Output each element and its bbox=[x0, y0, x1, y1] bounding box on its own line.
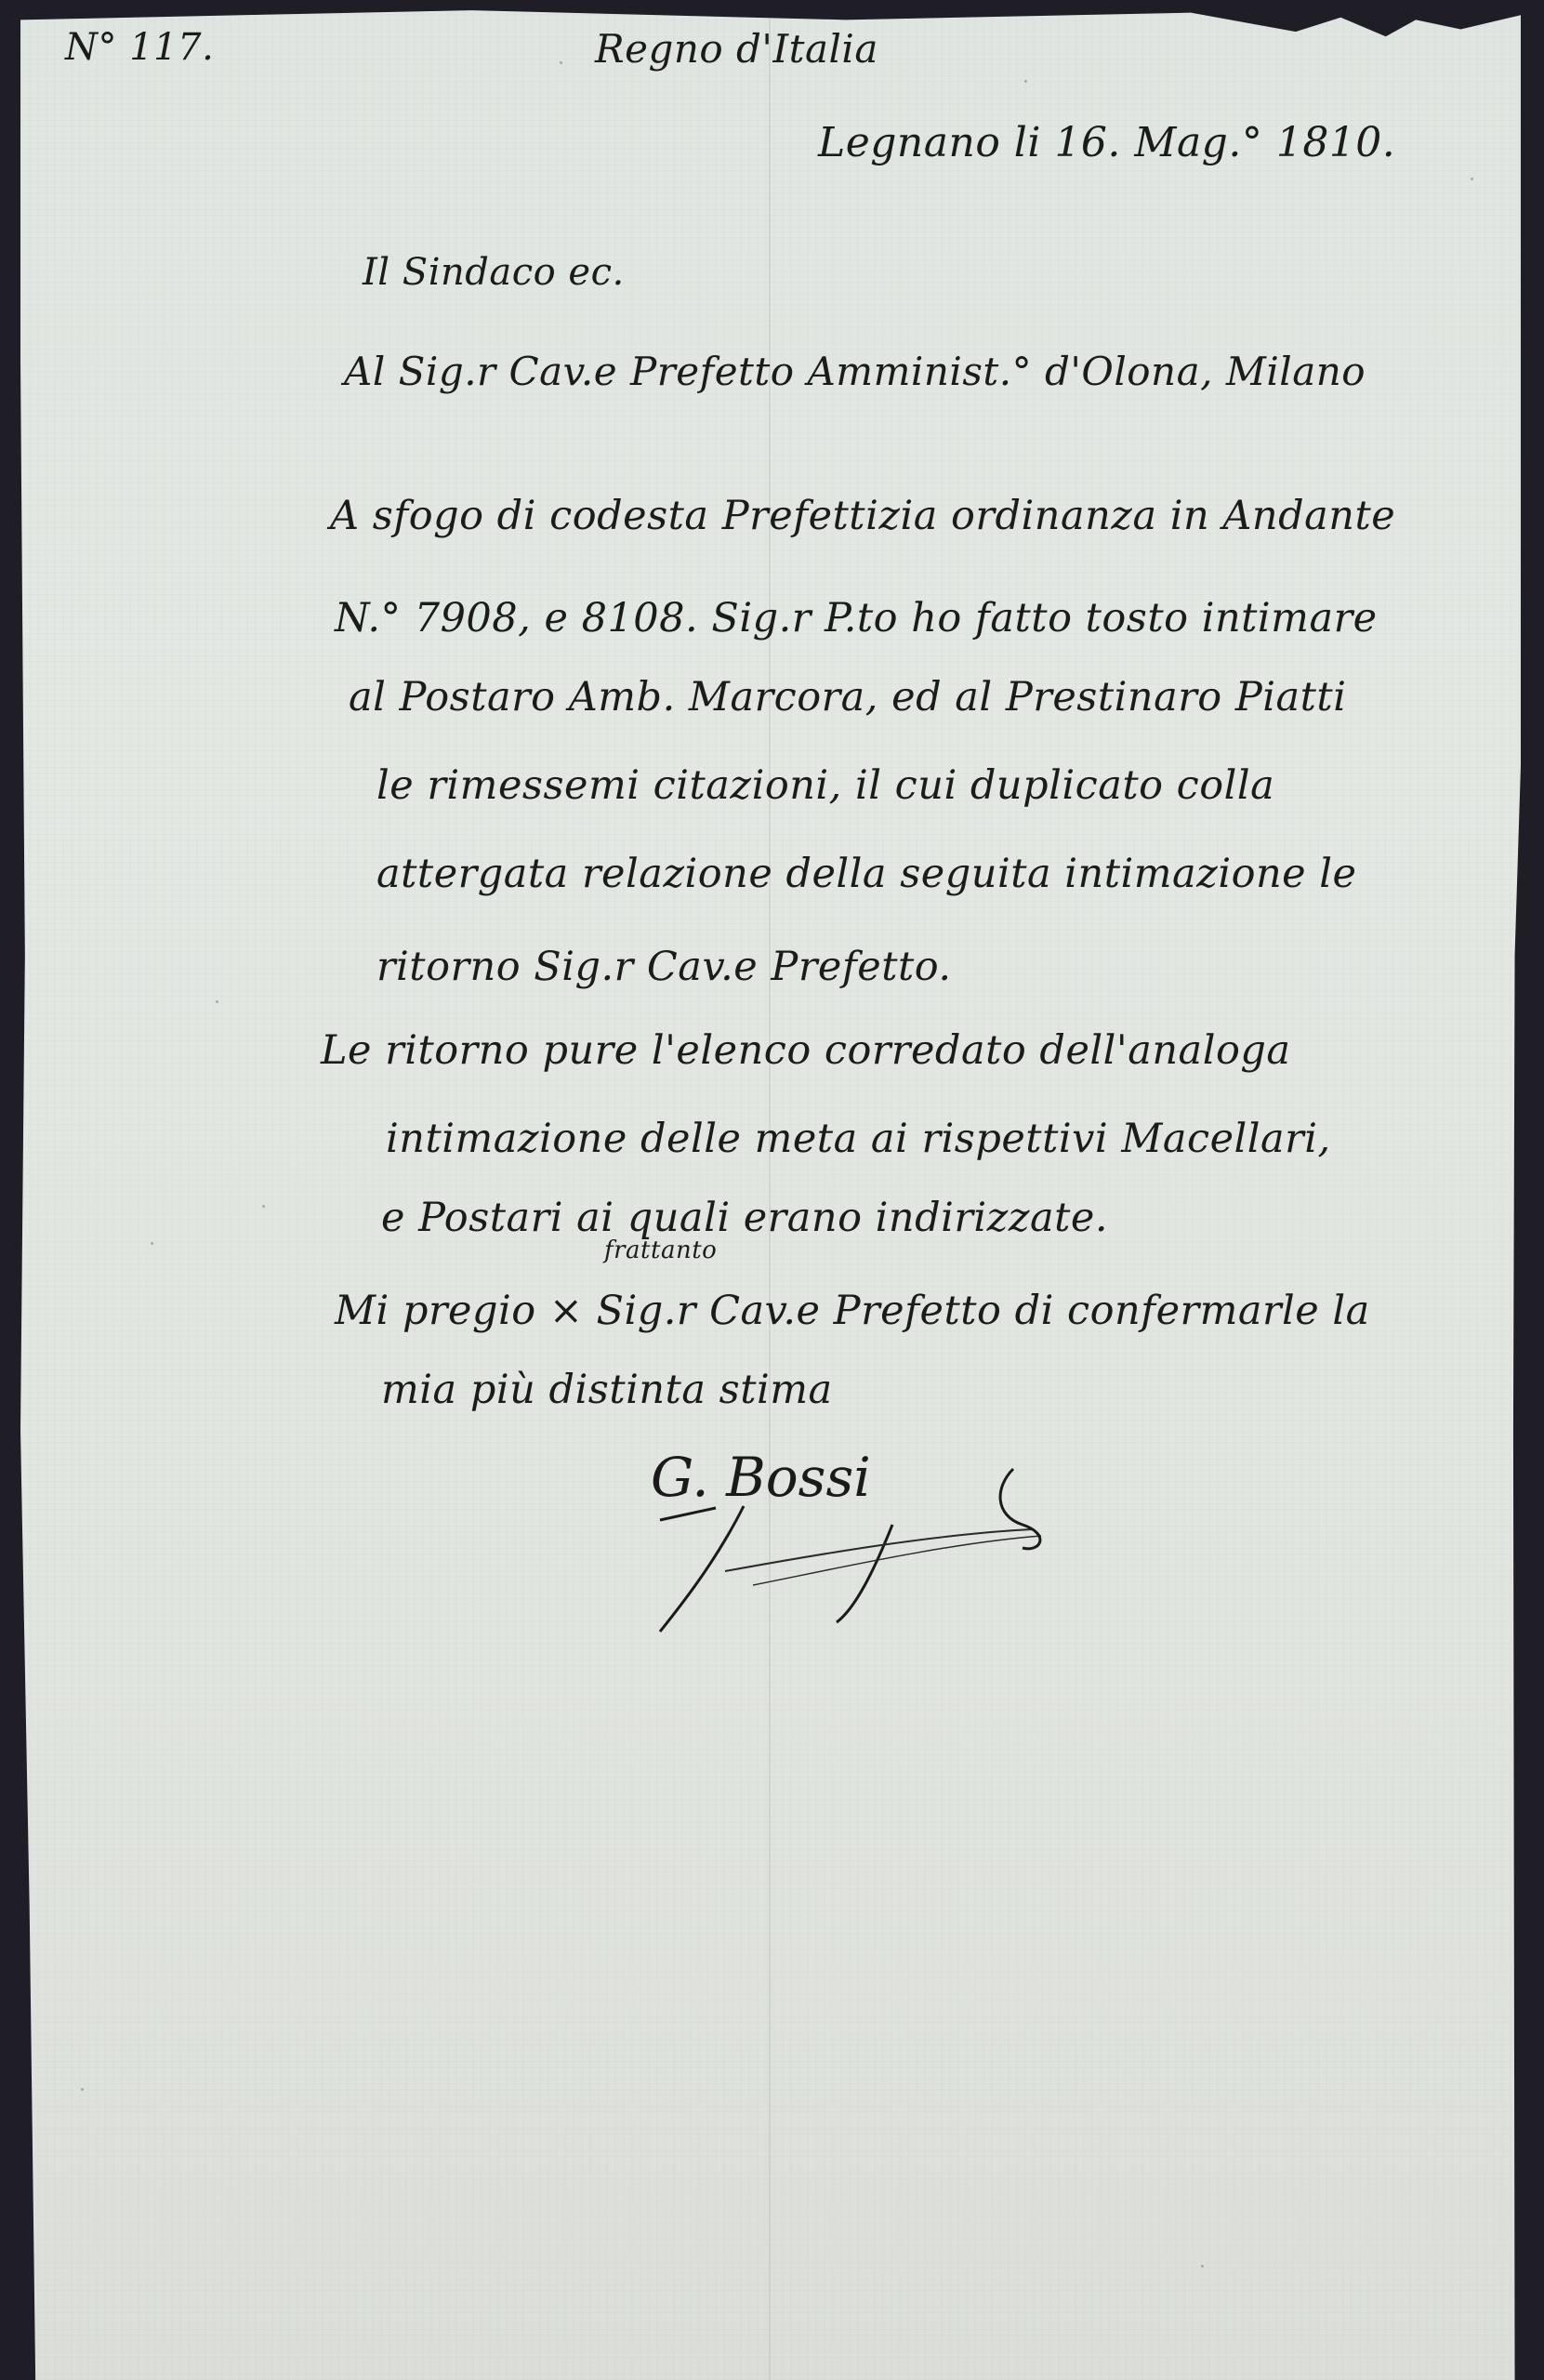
body-line: A sfogo di codesta Prefettizia ordinanza… bbox=[330, 493, 1395, 539]
paper-speck bbox=[81, 2088, 84, 2091]
paper-speck bbox=[216, 1000, 218, 1003]
recipient-line: Al Sig.r Cav.e Prefetto Amminist.° d'Olo… bbox=[344, 349, 1366, 394]
sender-line: Il Sindaco ec. bbox=[363, 251, 625, 294]
paper-speck bbox=[262, 1205, 265, 1208]
paper-speck bbox=[1471, 178, 1473, 180]
body-line: N.° 7908, e 8108. Sig.r P.to ho fatto to… bbox=[335, 595, 1378, 641]
body-line: mia più distinta stima bbox=[381, 1367, 833, 1413]
body-line: al Postaro Amb. Marcora, ed al Prestinar… bbox=[349, 674, 1346, 721]
paper-speck bbox=[151, 1242, 153, 1245]
body-line: ritorno Sig.r Cav.e Prefetto. bbox=[376, 944, 952, 990]
paper-speck bbox=[1024, 80, 1027, 83]
body-line: Le ritorno pure l'elenco corredato dell'… bbox=[321, 1027, 1291, 1074]
interlinear-insertion: frattanto bbox=[604, 1236, 717, 1264]
paper-speck bbox=[560, 61, 562, 64]
signature-flourish-icon bbox=[641, 1450, 1069, 1636]
body-line: Mi pregio × Sig.r Cav.e Prefetto di conf… bbox=[335, 1288, 1370, 1334]
body-line: attergata relazione della seguita intima… bbox=[376, 851, 1357, 897]
kingdom-heading: Regno d'Italia bbox=[595, 26, 878, 72]
paper-speck bbox=[1201, 2265, 1204, 2268]
body-line: intimazione delle meta ai rispettivi Mac… bbox=[386, 1116, 1331, 1162]
body-line: e Postari ai quali erano indirizzate. bbox=[381, 1195, 1108, 1241]
reference-number: N° 117. bbox=[65, 26, 214, 69]
body-line: le rimessemi citazioni, il cui duplicato… bbox=[376, 762, 1274, 809]
dateline: Legnano li 16. Mag.° 1810. bbox=[818, 119, 1395, 166]
